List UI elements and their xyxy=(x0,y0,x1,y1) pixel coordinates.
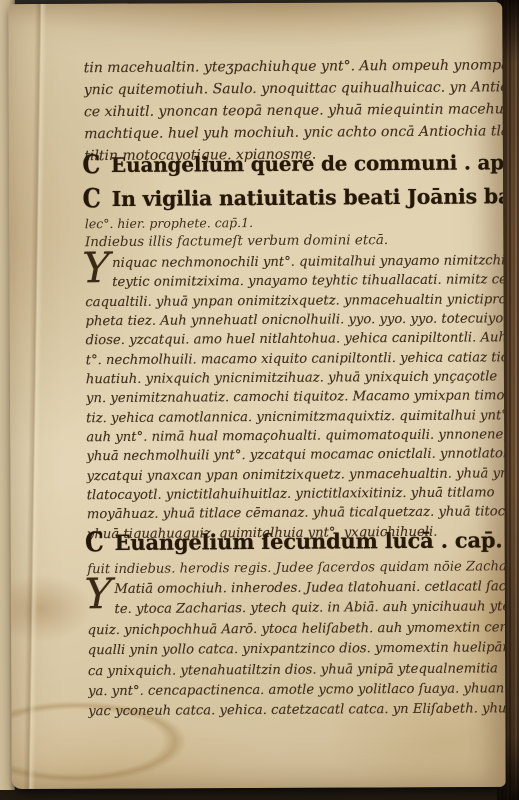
text-line: ya. ynt°. cencapactinenca. amotle ycmo y… xyxy=(88,679,506,702)
text-line: machtique. huel yuh mochiuh. ynic achto … xyxy=(84,120,506,145)
text-line: yn. yenimitznahuatiz. camochi tiquitoz. … xyxy=(86,387,506,409)
text-line: qualli ynin yollo catca. ynixpantzinco d… xyxy=(88,638,506,661)
text-line: te. ytoca Zacharias. ytech quiz. in Abiā… xyxy=(87,598,505,621)
text-line: ynic quitemotiuh. Saulo. ynoquittac quih… xyxy=(84,76,506,101)
heading-gospel-apostles: CEuangelium quere de communi . apoſtoloz… xyxy=(82,149,505,178)
capitulum-mark: C xyxy=(83,183,101,212)
incipit-luke-latin: fuit indiebus. herodis regis. Judee ſace… xyxy=(87,559,506,577)
text-line: tin macehualtin. yteʒpachiuhque ynt°. Au… xyxy=(84,54,506,79)
heading-vigil-john-baptist: CIn vigilia natiuitatis beati Joānis bap… xyxy=(83,182,506,212)
incipit-latin: Indiebus illis factumeſt verbum domini e… xyxy=(85,232,388,250)
capitulum-mark: C xyxy=(82,150,100,178)
dropcap-initial: Y xyxy=(82,247,110,289)
rubric-lection: lec°. hier. prophete. cap̄.1. xyxy=(85,215,253,231)
manuscript-page: tin macehualtin. yteʒpachiuhque ynt°. Au… xyxy=(8,2,505,789)
text-line: ca ynixquich. ytenahuatiltzin dios. yhuā… xyxy=(88,659,506,682)
paragraph-jeremiah: Y niquac nechmonochili ynt°. quimitalhui… xyxy=(85,251,506,544)
text-line: quiz. ynichpochhuā Aarō. ytoca heliſabet… xyxy=(88,618,506,641)
text-line: moyāhuaz. yhuā titlace cēmanaz. yhuā tic… xyxy=(87,503,506,525)
paragraph-luke: Y Matiā omochiuh. inherodes. Judea tlato… xyxy=(87,577,505,723)
heading-gospel-luke: CEuangelium ſecundum lucā . cap̄.1. xyxy=(85,525,506,556)
text-line: teytic onimitzixima. ynayamo teyhtic tih… xyxy=(85,271,506,293)
capitulum-mark: C xyxy=(85,526,104,556)
dropcap-initial: Y xyxy=(84,573,112,615)
text-line: Matiā omochiuh. inherodes. Judea tlatohu… xyxy=(87,577,505,600)
text-block: tin macehualtin. yteʒpachiuhque ynt°. Au… xyxy=(8,2,505,789)
heading-text: Euangelium quere de communi . apoſtolozz… xyxy=(111,150,506,177)
heading-text: In vigilia natiuitatis beati Joānis bapt… xyxy=(112,184,506,211)
text-line: yhuā nechmolhuili ynt°. yzcatqui mocamac… xyxy=(86,445,505,467)
photo-background: tin macehualtin. yteʒpachiuhque ynt°. Au… xyxy=(0,0,519,800)
heading-text: Euangelium ſecundum lucā . cap̄.1. xyxy=(114,527,505,555)
text-line: ce xihuitl. ynoncan teopā nenque. yhuā m… xyxy=(84,98,506,123)
text-line: diose. yzcatqui. amo huel nitlahtohua. y… xyxy=(86,329,506,351)
text-line: yac yconeuh catca. yehica. catetzacatl c… xyxy=(88,700,506,723)
